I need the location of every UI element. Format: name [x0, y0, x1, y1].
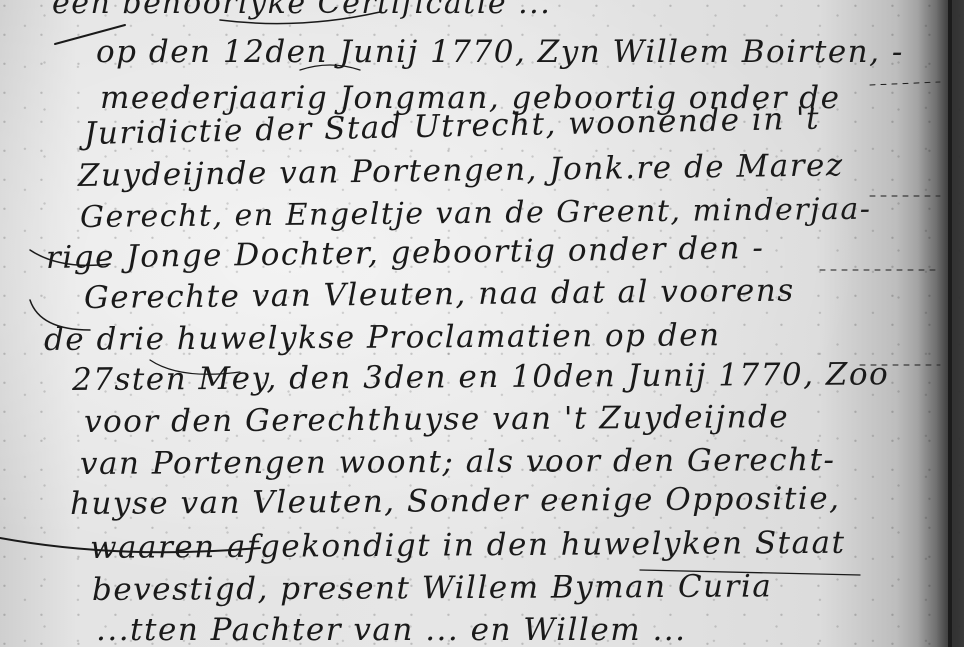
- text-line-9: 27sten Mey, den 3den en 10den Junij 1770…: [72, 356, 889, 398]
- text-line-6: rige Jonge Dochter, geboortig onder den …: [46, 230, 765, 276]
- text-line-1: op den 12den Junij 1770, Zyn Willem Boir…: [96, 34, 904, 70]
- text-line-11: van Portengen woont; als voor den Gerech…: [80, 442, 836, 482]
- text-line-4: Zuydeijnde van Portengen, Jonk.re de Mar…: [78, 147, 844, 194]
- text-line-10: voor den Gerechthuyse van 't Zuydeijnde: [84, 399, 789, 440]
- text-line-7: Gerechte van Vleuten, naa dat al voorens: [84, 273, 795, 316]
- scanned-document-page: een behoorlyke Certificatie ... op den 1…: [0, 0, 964, 647]
- text-line-0: een behoorlyke Certificatie ...: [52, 0, 551, 21]
- text-line-8: de drie huwelykse Proclamatien op den: [44, 317, 721, 358]
- binding-edge: [948, 0, 952, 647]
- text-line-15: ...tten Pachter van ... en Willem ...: [96, 612, 687, 647]
- text-line-13: waaren afgekondigt in den huwelyken Staa…: [90, 525, 846, 566]
- binding-shadow: [918, 0, 964, 647]
- text-line-5: Gerecht, en Engeltje van de Greent, mind…: [80, 192, 872, 235]
- text-line-14: bevestigd, present Willem Byman Curia: [92, 568, 773, 608]
- text-line-12: huyse van Vleuten, Sonder eenige Opposit…: [70, 481, 841, 522]
